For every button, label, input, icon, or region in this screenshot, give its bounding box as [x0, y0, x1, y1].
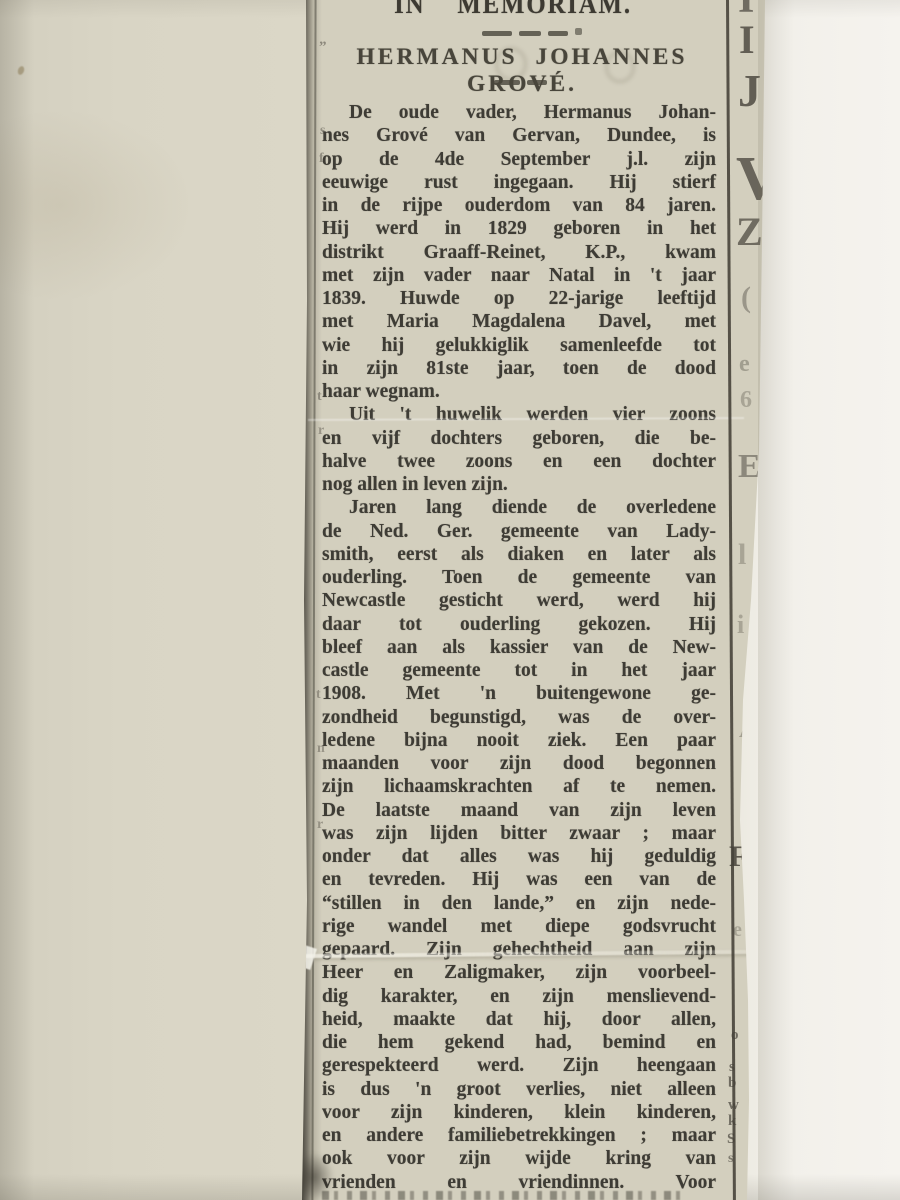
article-line: wie hij gelukkiglik samenleefde tot [322, 334, 716, 357]
article-line: nes Grové van Gervan, Dundee, is [322, 124, 716, 147]
clipping-left-edge [298, 0, 324, 1200]
article-line: De laatste maand van zijn leven [322, 799, 716, 822]
article-line: voor zijn kinderen, klein kinderen, [322, 1101, 716, 1124]
article-line: de Ned. Ger. gemeente van Lady- [322, 520, 716, 543]
article-line: “stillen in den lande,” en zijn nede- [322, 892, 716, 915]
article-line: en vijf dochters geboren, die be- [322, 427, 716, 450]
newspaper-clipping: IN MEMORIAM. HERMANUS JOHANNES GROVÉ. De… [298, 0, 768, 1200]
article-line: in zijn 81ste jaar, toen de dood [322, 357, 716, 380]
paper-notch [295, 944, 317, 970]
article-line: eeuwige rust ingegaan. Hij stierf [322, 171, 716, 194]
torn-letter-fragment: A [739, 718, 756, 742]
article-line: nog allen in leven zijn. [322, 473, 716, 496]
divider-ornament [494, 80, 547, 85]
article-line: gepaard. Zijn gehechtheid aan zijn [322, 938, 716, 961]
article-line: bleef aan als kassier van de New- [322, 636, 716, 659]
article-line: zijn lichaamskrachten af te nemen. [322, 775, 716, 798]
article-line: onder dat alles was hij geduldig [322, 845, 716, 868]
article-line: ledene bijna nooit ziek. Een paar [322, 729, 716, 752]
article-line: gerespekteerd werd. Zijn heengaan [322, 1054, 716, 1077]
torn-letter-fragment: e [733, 920, 742, 940]
divider-ornament [482, 31, 582, 36]
article-line: De oude vader, Hermanus Johan- [322, 101, 716, 124]
torn-letter-fragment: J [738, 68, 761, 114]
article-line: op de 4de September j.l. zijn [322, 148, 716, 171]
torn-letter-fragment: l [738, 540, 746, 570]
article-line: die hem gekend had, bemind en [322, 1031, 716, 1054]
torn-letter-fragment: t [316, 688, 321, 702]
article-line: smith, eerst als diaken en later als [322, 543, 716, 566]
article: De oude vader, Hermanus Johan-nes Grové … [322, 101, 716, 1194]
photo-scene: IN MEMORIAM. HERMANUS JOHANNES GROVÉ. De… [0, 0, 900, 1200]
article-line: Jaren lang diende de overledene [322, 496, 716, 519]
article-line: en andere familiebetrekkingen ; maar [322, 1124, 716, 1147]
article-line: en tevreden. Hij was een van de [322, 868, 716, 891]
article-line: ouderling. Toen de gemeente van [322, 566, 716, 589]
article-line: Hij werd in 1829 geboren in het [322, 217, 716, 240]
torn-letter-fragment: ( [741, 283, 751, 313]
corner-shadow [294, 1152, 334, 1200]
article-line: heid, maakte dat hij, door allen, [322, 1008, 716, 1031]
article-line: met Maria Magdalena Davel, met [322, 310, 716, 333]
article-line: zondheid begunstigd, was de over- [322, 706, 716, 729]
article-line: is dus 'n groot verlies, niet alleen [322, 1078, 716, 1101]
torn-letter-fragment: Z [736, 212, 763, 252]
article-line: 1839. Huwde op 22-jarige leeftijd [322, 287, 716, 310]
article-line: castle gemeente tot in het jaar [322, 659, 716, 682]
article-line: 1908. Met 'n buitengewone ge- [322, 682, 716, 705]
article-line: halve twee zoons en een dochter [322, 450, 716, 473]
partial-next-line [322, 1191, 688, 1200]
article-line: dig karakter, en zijn menslievend- [322, 985, 716, 1008]
obituary-headline: HERMANUS JOHANNES GROVÉ. [320, 44, 724, 98]
article-line: was zijn lijden bitter zwaar ; maar [322, 822, 716, 845]
article-line: met zijn vader naar Natal in 't jaar [322, 264, 716, 287]
torn-letter-fragment: I [739, 20, 755, 60]
article-line: distrikt Graaff-Reinet, K.P., kwam [322, 241, 716, 264]
article-line: maanden voor zijn dood begonnen [322, 752, 716, 775]
article-line: Uit 't huwelik werden vier zoons [322, 403, 716, 426]
article-line: haar wegnam. [322, 380, 716, 403]
torn-letter-fragment: e [739, 352, 750, 376]
torn-letter-fragment: E [738, 450, 761, 484]
article-line: Heer en Zaligmaker, zijn voorbeel- [322, 961, 716, 984]
article-line: in de rijpe ouderdom van 84 jaren. [322, 194, 716, 217]
column-rule [726, 0, 735, 1200]
torn-letter-fragment: 6 [740, 388, 752, 412]
article-line: Newcastle gesticht werd, werd hij [322, 589, 716, 612]
article-line: rige wandel met diepe godsvrucht [322, 915, 716, 938]
torn-letter-fragment: I [738, 0, 754, 20]
torn-letter-fragment: i [737, 612, 744, 638]
article-line: daar tot ouderling gekozen. Hij [322, 613, 716, 636]
paper-fleck [17, 65, 26, 76]
torn-letter-fragment: V [736, 148, 781, 210]
article-line: ook voor zijn wijde kring van [322, 1147, 716, 1170]
section-title: IN MEMORIAM. [324, 0, 701, 20]
torn-letter-fragment: t [317, 390, 322, 404]
